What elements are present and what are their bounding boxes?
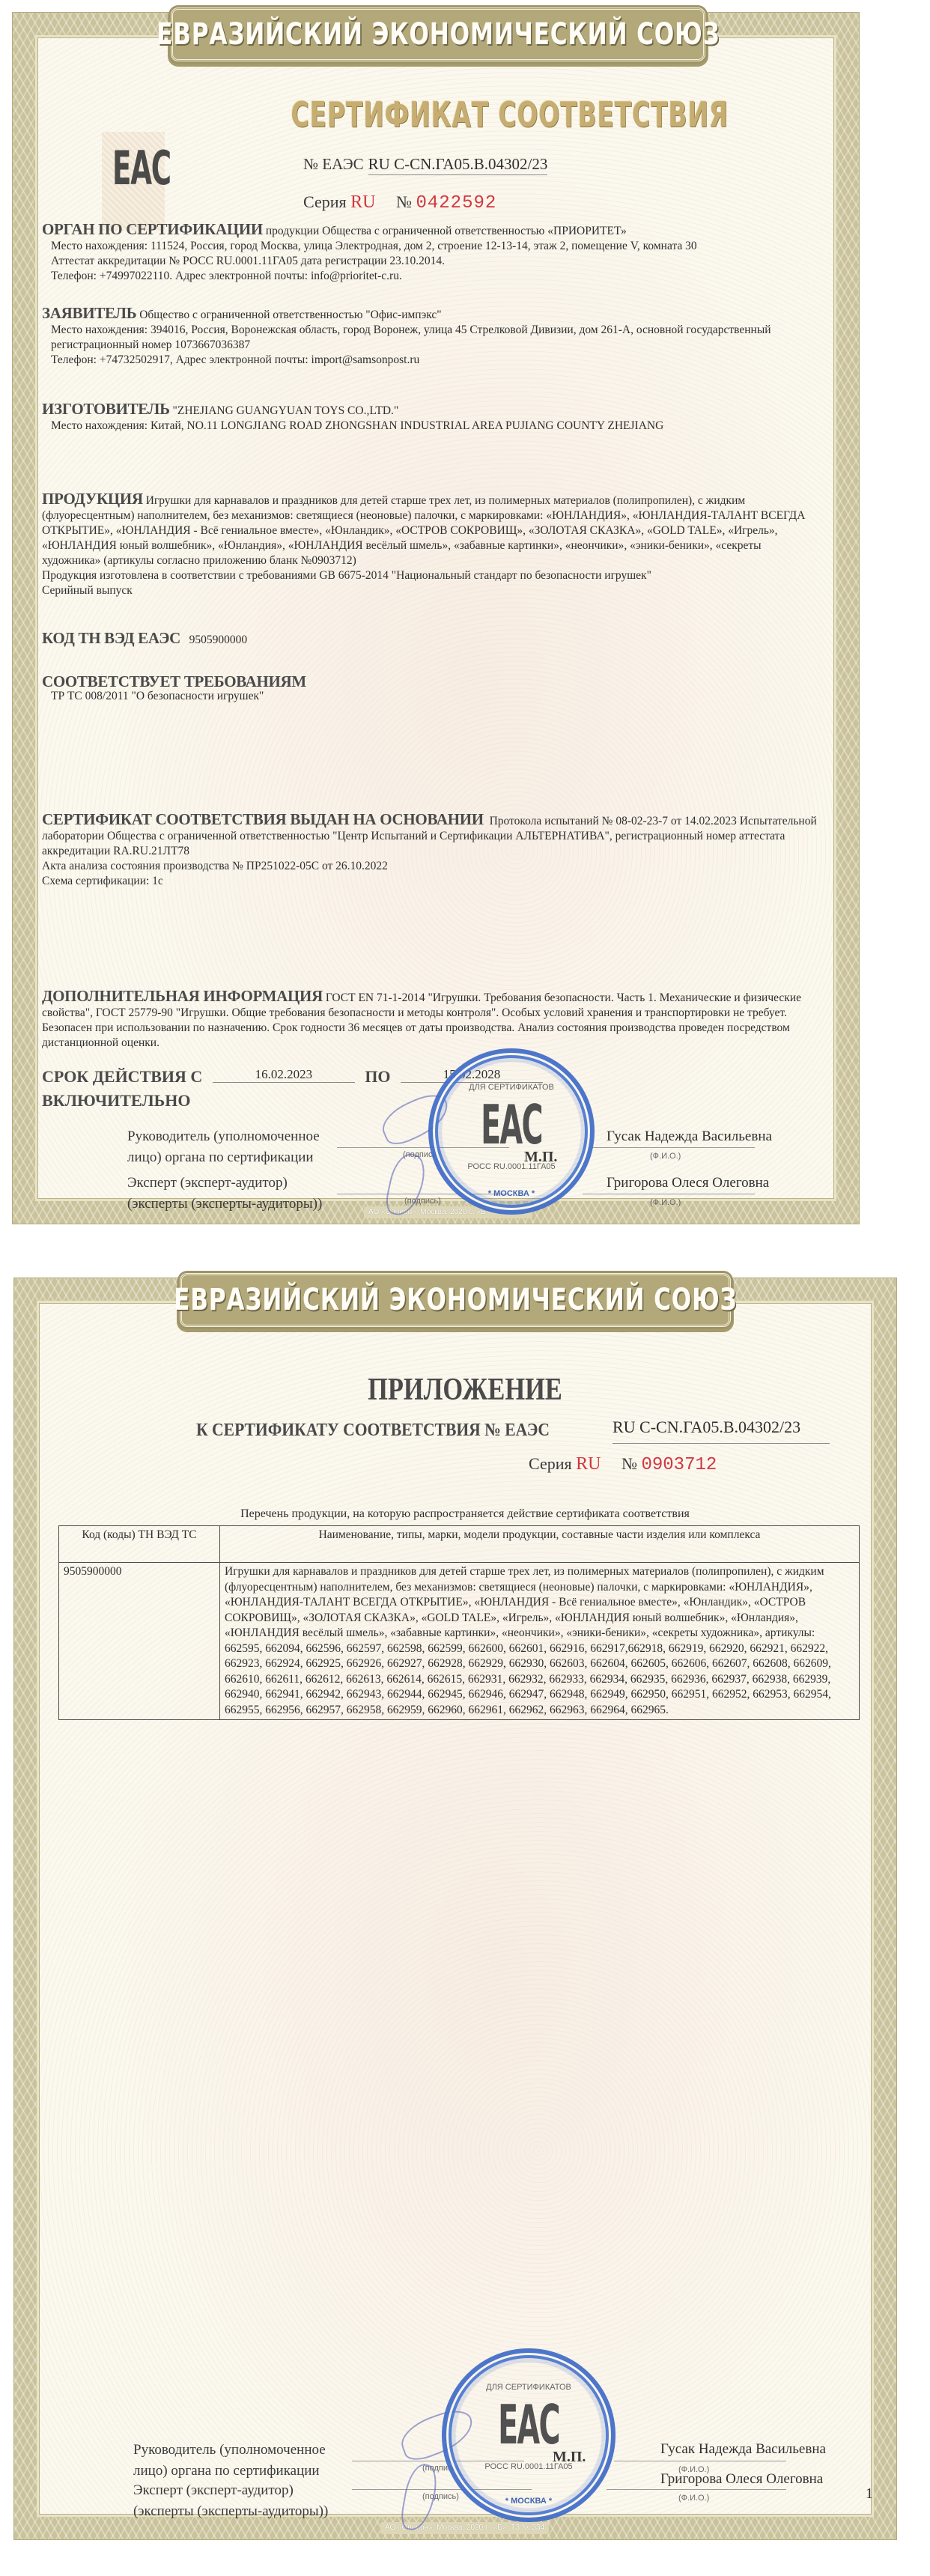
- expert-name-line: [607, 2489, 786, 2490]
- section-certification-body: ОРГАН ПО СЕРТИФИКАЦИИ продукции Общества…: [42, 222, 821, 284]
- seal-mark: М.П.: [524, 1149, 557, 1166]
- annex-series: Серия RU № 0903712: [529, 1454, 717, 1475]
- union-banner-text: ЕВРАЗИЙСКИЙ ЭКОНОМИЧЕСКИЙ СОЮЗ: [174, 1283, 737, 1317]
- annex-certificate-number: RU C-CN.ГА05.В.04302/23: [613, 1418, 830, 1444]
- annex-title: ПРИЛОЖЕНИЕ: [84, 1372, 846, 1408]
- annex-sheet: ЕВРАЗИЙСКИЙ ЭКОНОМИЧЕСКИЙ СОЮЗ АО «Опцио…: [13, 1278, 897, 2540]
- annex-blank-number: 0903712: [641, 1455, 717, 1475]
- annex-subtitle: К СЕРТИФИКАТУ СООТВЕТСТВИЯ № ЕАЭС: [196, 1421, 550, 1441]
- union-banner: ЕВРАЗИЙСКИЙ ЭКОНОМИЧЕСКИЙ СОЮЗ: [180, 1273, 731, 1327]
- union-banner: ЕВРАЗИЙСКИЙ ЭКОНОМИЧЕСКИЙ СОЮЗ: [171, 7, 705, 61]
- head-signatory-name: Гусак Надежда Васильевна: [607, 1128, 772, 1145]
- head-name-line: [614, 2461, 786, 2461]
- product-description: Игрушки для карнавалов и праздников для …: [220, 1563, 860, 1720]
- certification-stamp-icon: ДЛЯ СЕРТИФИКАТОВ ЕАС РОСС RU.0001.11ГА05…: [428, 1048, 595, 1215]
- certification-stamp-icon: ДЛЯ СЕРТИФИКАТОВ ЕАС РОСС RU.0001.11ГА05…: [442, 2348, 616, 2522]
- head-signatory-label: Руководитель (уполномоченное лицо) орган…: [127, 1126, 320, 1168]
- expert-signatory-label: Эксперт (эксперт-аудитор) (эксперты (экс…: [133, 2480, 328, 2522]
- valid-from-date: 16.02.2023: [213, 1067, 355, 1083]
- product-list-caption: Перечень продукции, на которую распростр…: [0, 1507, 930, 1521]
- certificate-series: Серия RU № 0422592: [303, 192, 496, 213]
- certificate-title: СЕРТИФИКАТ СООТВЕТСТВИЯ: [291, 94, 592, 135]
- product-code: 9505900000: [59, 1563, 220, 1720]
- certificate-number: № ЕАЭСRU C-CN.ГА05.В.04302/23: [303, 155, 547, 174]
- eac-logo-icon: ЕАС: [102, 132, 165, 231]
- blank-number: 0422592: [416, 193, 496, 213]
- head-signatory-label: Руководитель (уполномоченное лицо) орган…: [133, 2440, 326, 2482]
- expert-name-line: [583, 1194, 755, 1194]
- page-number: 1: [866, 2485, 873, 2503]
- column-header-code: Код (коды) ТН ВЭД ТС: [59, 1526, 220, 1563]
- section-additional-info: ДОПОЛНИТЕЛЬНАЯ ИНФОРМАЦИЯ ГОСТ EN 71-1-2…: [42, 988, 821, 1051]
- section-basis: СЕРТИФИКАТ СООТВЕТСТВИЯ ВЫДАН НА ОСНОВАН…: [42, 812, 821, 889]
- head-signatory-name: Гусак Надежда Васильевна: [660, 2441, 826, 2458]
- section-applicant: ЗАЯВИТЕЛЬ Общество с ограниченной ответс…: [42, 306, 821, 368]
- seal-mark: М.П.: [553, 2449, 586, 2466]
- product-table: Код (коды) ТН ВЭД ТС Наименование, типы,…: [58, 1525, 860, 1720]
- expert-signatory-name: Григорова Олеся Олеговна: [660, 2471, 823, 2488]
- column-header-description: Наименование, типы, марки, модели продук…: [220, 1526, 860, 1563]
- union-banner-text: ЕВРАЗИЙСКИЙ ЭКОНОМИЧЕСКИЙ СОЮЗ: [156, 17, 720, 52]
- section-hs-code: КОД ТН ВЭД ЕАЭС 9505900000: [42, 631, 821, 648]
- table-row: 9505900000 Игрушки для карнавалов и праз…: [59, 1563, 860, 1720]
- head-name-line: [592, 1147, 755, 1148]
- hs-code-value: 9505900000: [189, 634, 248, 646]
- annex-paper: [39, 1303, 872, 2515]
- expert-signatory-name: Григорова Олеся Олеговна: [607, 1175, 769, 1191]
- expert-signatory-label: Эксперт (эксперт-аудитор) (эксперты (экс…: [127, 1173, 322, 1215]
- section-product: ПРОДУКЦИЯ Игрушки для карнавалов и празд…: [42, 491, 821, 598]
- section-conforms: СООТВЕТСТВУЕТ ТРЕБОВАНИЯМ ТР ТС 008/2011…: [42, 674, 821, 704]
- section-manufacturer: ИЗГОТОВИТЕЛЬ "ZHEJIANG GUANGYUAN TOYS CO…: [42, 401, 821, 434]
